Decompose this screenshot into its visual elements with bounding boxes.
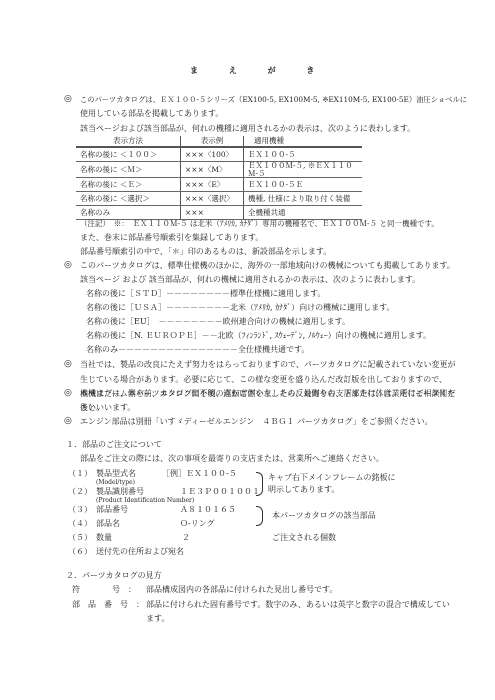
order-item-label: 製品識別番号: [96, 488, 144, 496]
regional-item-n-europe: 名称の後に［N. ＥＵＲＯＰＥ］－－北欧（ﾌｨﾝﾗﾝﾄﾞ, ｽｳｪｰﾃﾞﾝ, ﾉ…: [86, 332, 431, 340]
table-row: 名称の後に ＜選択＞ ×××〈選択〉 機種, 仕様により取り付く装備: [76, 192, 362, 206]
section-1-intro: 部品をご注文の際には、次の事項を最寄りの支店または、営業所へご連絡ください。: [80, 455, 384, 463]
brace-icon: [256, 506, 263, 526]
order-item-value: Ａ８１０１６５: [180, 506, 236, 514]
regional-line-2: 該当ページ および 該当部品が、何れの機械に適用されるかの表示は、次のように表わ…: [80, 276, 420, 284]
note-line-2: また、巻末に部品番号順索引を集録してあります。: [80, 234, 263, 242]
regional-item-common: 名称のみ－－－－－－－－－－－－－－－全仕様機共通です。: [86, 346, 309, 354]
intro-line-3: 該当ページおよび該当部品が、何れの機種に適用されるかの表示は、次のように表わしま…: [80, 125, 415, 133]
table-cell: ×××〈M〉: [181, 162, 244, 178]
column-header-example: 表示例: [181, 136, 244, 147]
regional-line-1: このパーツカタログは、標準仕様機のほかに、海外の一部地域向けの機械についても掲載…: [80, 262, 455, 270]
brace-note-nameplate-2: 明示してあります。: [268, 486, 339, 494]
qty-note: ご注文される個数: [272, 534, 336, 542]
order-item-num: （４）: [68, 520, 92, 528]
bullet-icon: ◎: [64, 360, 72, 369]
brace-icon: [256, 472, 263, 496]
orientation-line-2: 後といいます。: [80, 404, 135, 412]
bullet-icon: ◎: [64, 389, 72, 398]
table-row: 名称の後に ＜Ｍ＞ ×××〈M〉 ＥＸ１００Ｍ-５, ※ＥＸ１１０Ｍ-５: [76, 162, 362, 178]
table-row: 名称のみ ××× 全機種共通: [76, 206, 362, 220]
regional-item-eu: 名称の後に［EU］ －－－－－－－－欧州連合向けの機械に適用します。: [86, 318, 350, 326]
table-cell: ×××〈100〉: [181, 147, 244, 162]
table-header-row: 表示方法 表示例 適用機種: [76, 136, 362, 147]
order-item-value: １Ｅ３Ｐ００１００１: [180, 488, 260, 496]
model-indication-table: 表示方法 表示例 適用機種 名称の後に ＜１００＞ ×××〈100〉 ＥＸ１００…: [76, 136, 362, 220]
section-2-heading: ２．パーツカタログの見方: [66, 572, 162, 580]
intro-line-1: このパーツカタログは、ＥＸ１００-５シリーズ（EX100-5, EX100M-5…: [80, 96, 467, 103]
order-item-label: 製品型式名: [96, 470, 136, 478]
table-cell: ＥＸ１００-５Ｅ: [244, 178, 363, 192]
table-row: 名称の後に ＜Ｅ＞ ×××〈E〉 ＥＸ１００-５Ｅ: [76, 178, 362, 192]
improvement-line-2: 生じている場合があります。必要に応じて、この様な変更を盛り込んだ改訂版を出してお…: [80, 376, 447, 384]
table-cell: ＥＸ１００-５: [244, 147, 363, 162]
order-item-sub: (Model/type): [96, 480, 135, 486]
order-item-num: （２）: [68, 488, 92, 496]
brace-note-catalog-part: 本パーツカタログの該当部品: [272, 512, 376, 520]
table-cell: 名称の後に ＜Ｅ＞: [76, 178, 181, 192]
table-cell: 名称の後に ＜選択＞: [76, 192, 181, 206]
engine-line-1: エンジン部品は別冊「いすゞディーゼルエンジン ４ＢＧ１ パーツカタログ」をご参照…: [80, 418, 433, 426]
improvement-line-1: 当社では、製品の改良にたえず努力をはらっておりますので、パーツカタログに記載され…: [80, 361, 456, 369]
order-item-label: 部品名: [96, 520, 120, 528]
column-header-method: 表示方法: [76, 136, 181, 147]
bullet-icon: ◎: [64, 261, 72, 270]
order-example-prefix: ［例］: [162, 470, 186, 478]
order-item-value: ２: [182, 534, 190, 542]
table-cell: ×××: [181, 206, 244, 220]
table-cell: 機種, 仕様により取り付く装備: [244, 192, 363, 206]
order-item-num: （５）: [68, 534, 92, 542]
order-item-value: Ｏ-リング: [180, 520, 215, 528]
page-title: ま え が き: [190, 66, 328, 74]
table-cell: ＥＸ１００Ｍ-５, ※ＥＸ１１０Ｍ-５: [244, 162, 363, 178]
order-item-label: 数量: [96, 534, 112, 542]
order-item-label: 送付先の住所および宛名: [96, 548, 184, 556]
column-header-applicable-model: 適用機種: [244, 136, 363, 147]
section-2-text-ref-number: 部品構成図内の各部品に付けられた見出し番号です。: [146, 586, 337, 594]
order-item-value: ＥＸ１００-５: [186, 470, 237, 478]
section-2-label-ref-number: 符 号 ：: [72, 586, 136, 594]
regional-item-std: 名称の後に［ＳＴＤ］－－－－－－－－標準仕様機に適用します。: [86, 290, 325, 298]
table-cell: ×××〈選択〉: [181, 192, 244, 206]
table-row: 名称の後に ＜１００＞ ×××〈100〉 ＥＸ１００-５: [76, 147, 362, 162]
brace-note-nameplate-1: キャブ右下メインフレームの銘板に: [268, 474, 396, 482]
note-line-1: （注記） ※： ＥＸ１１０Ｍ-５ は北米（ｱﾒﾘｶ, ｶﾅﾀﾞ）専用の機種名で、…: [80, 220, 439, 228]
orientation-line-1: 機械はブーム側を前、エンジン側を後、運転席側を左、その反対側を右、下部走行体は、…: [80, 390, 455, 398]
table-cell: 全機種共通: [244, 206, 363, 220]
order-item-num: （３）: [68, 506, 92, 514]
bullet-icon: ◎: [64, 95, 72, 104]
section-2-text-part-number: 部品に付けられた固有番号です。数字のみ、あるいは英字と数字の混合で構成してい: [146, 601, 450, 609]
order-item-num: （１）: [68, 470, 92, 478]
bullet-icon: ◎: [64, 417, 72, 426]
intro-line-2: 使用している部品を掲載してあります。: [80, 110, 223, 118]
order-item-label: 部品番号: [96, 506, 128, 514]
table-cell: 名称のみ: [76, 206, 181, 220]
order-item-sub: (Product Identification Number): [96, 498, 194, 504]
section-2-label-part-number: 部 品 番 号 ：: [72, 601, 144, 609]
table-cell: 名称の後に ＜Ｍ＞: [76, 162, 181, 178]
section-2-text-part-number-cont: ます。: [146, 615, 169, 623]
order-item-num: （６）: [68, 548, 92, 556]
table-cell: 名称の後に ＜１００＞: [76, 147, 181, 162]
note-line-3: 部品番号順索引の中で、「＊」印のあるものは、新設部品を示します。: [80, 248, 331, 256]
section-1-heading: １．部品のご注文について: [66, 441, 162, 449]
table-cell: ×××〈E〉: [181, 178, 244, 192]
regional-item-usa: 名称の後に［ＵＳＡ］－－－－－－－－北米（ｱﾒﾘｶ, ｶﾅﾀﾞ）向けの機械に適用…: [86, 304, 394, 312]
